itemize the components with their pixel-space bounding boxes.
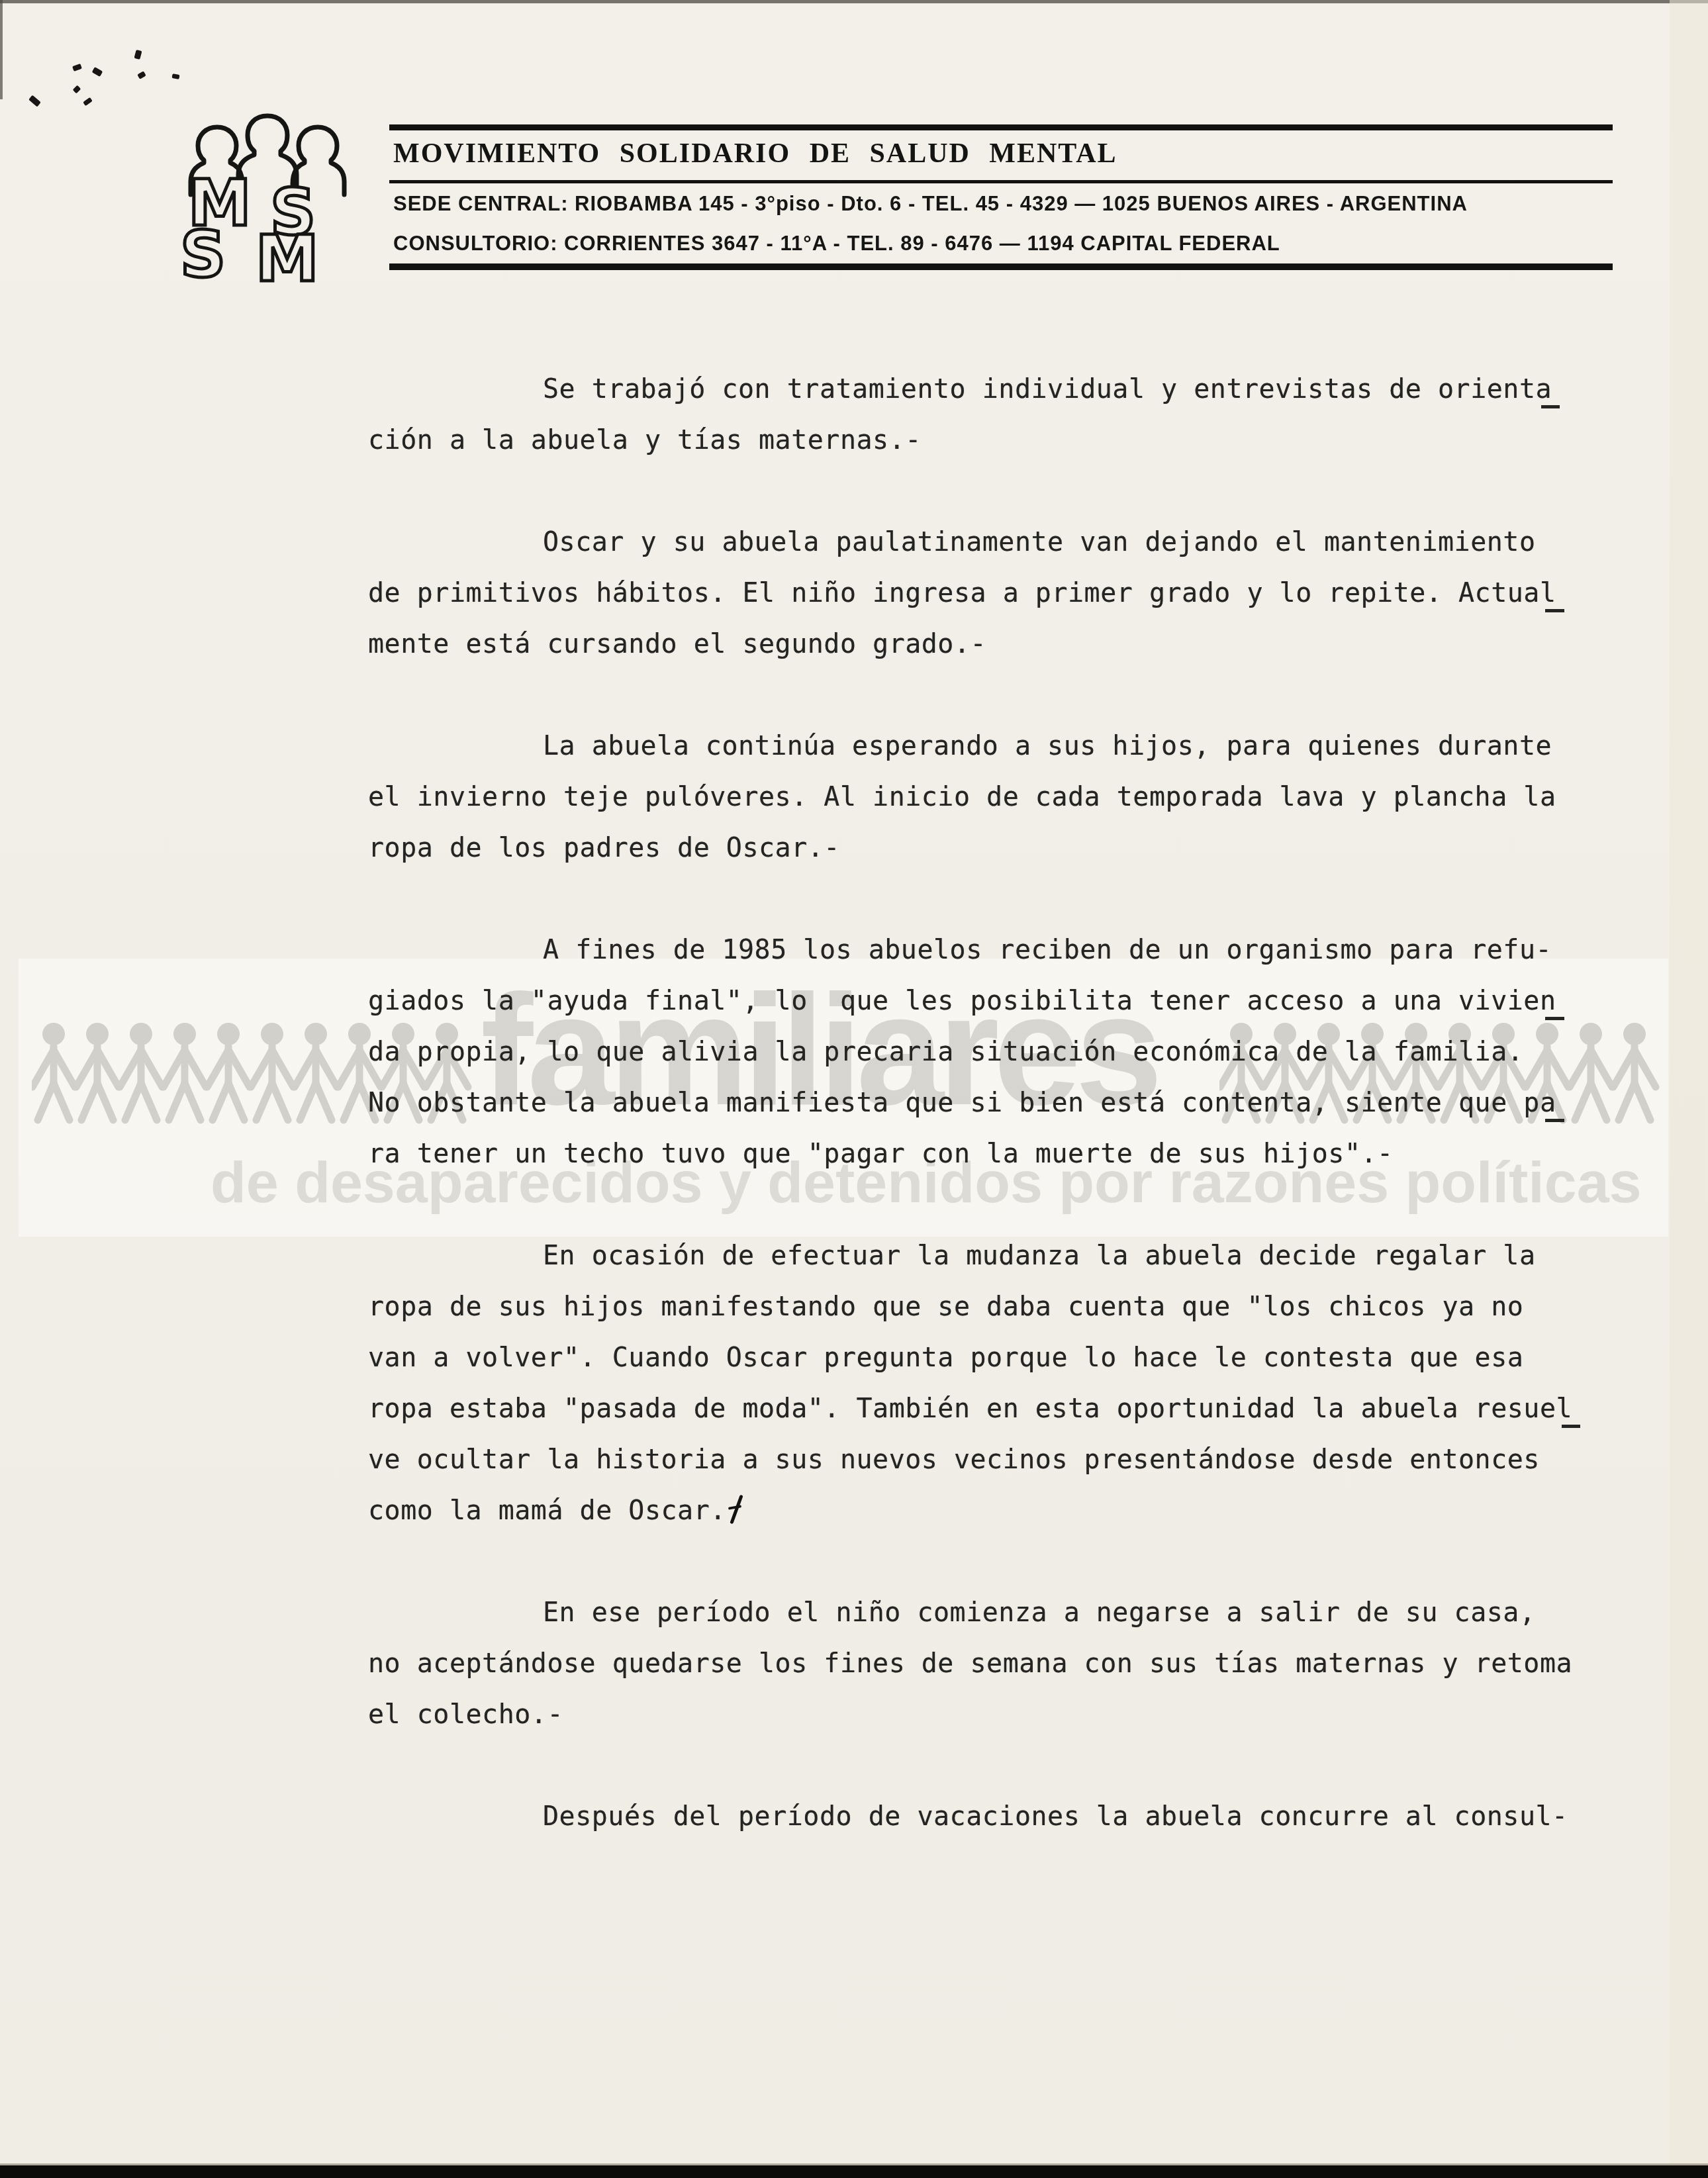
address-line-consultorio: CONSULTORIO: CORRIENTES 3647 - 11°A - TE…	[393, 232, 1611, 256]
continuation-underline: l	[1540, 578, 1556, 608]
letterhead-rule-bottom	[389, 263, 1613, 270]
logo-letter-m2: M	[256, 222, 319, 285]
handwritten-mark	[728, 1497, 745, 1523]
paragraph: La abuela continúa esperando a sus hijos…	[368, 721, 1633, 874]
continuation-underline: n	[1540, 986, 1556, 1016]
continuation-underline: a	[1536, 374, 1552, 404]
paragraph: Después del período de vacaciones la abu…	[368, 1791, 1633, 1842]
text-line: Oscar y su abuela paulatinamente van dej…	[368, 517, 1633, 568]
address-line-sede-central: SEDE CENTRAL: RIOBAMBA 145 - 3°piso - Dt…	[393, 192, 1611, 216]
text-line: como la mamá de Oscar.	[368, 1486, 1633, 1537]
continuation-underline: a	[1540, 1088, 1556, 1118]
text-line: el colecho.-	[368, 1689, 1633, 1740]
text-line: giados la "ayuda final", lo que les posi…	[368, 976, 1633, 1027]
letterhead-rule-middle	[389, 180, 1613, 183]
logo-letter-s2: S	[180, 218, 226, 285]
paragraph: A fines de 1985 los abuelos reciben de u…	[368, 925, 1633, 1180]
text-line: La abuela continúa esperando a sus hijos…	[368, 721, 1633, 772]
text-line: ción a la abuela y tías maternas.-	[368, 415, 1633, 466]
paragraph: En ocasión de efectuar la mudanza la abu…	[368, 1231, 1633, 1537]
typewritten-text: Se trabajó con tratamiento individual y …	[368, 364, 1633, 1842]
text-line: ve ocultar la historia a sus nuevos veci…	[368, 1435, 1633, 1486]
text-line: Después del período de vacaciones la abu…	[368, 1791, 1633, 1842]
text-line: no aceptándose quedarse los fines de sem…	[368, 1638, 1633, 1689]
continuation-underline: l	[1556, 1394, 1573, 1424]
text-line: Se trabajó con tratamiento individual y …	[368, 364, 1633, 415]
text-line: No obstante la abuela manifiesta que si …	[368, 1078, 1633, 1129]
scan-edge-left	[0, 0, 3, 99]
text-line: ra tener un techo tuvo que "pagar con la…	[368, 1129, 1633, 1180]
paragraph: En ese período el niño comienza a negars…	[368, 1587, 1633, 1740]
text-line: van a volver". Cuando Oscar pregunta por…	[368, 1333, 1633, 1384]
scan-edge-bottom	[0, 2165, 1708, 2178]
text-line: ropa estaba "pasada de moda". También en…	[368, 1384, 1633, 1435]
text-line: En ese período el niño comienza a negars…	[368, 1587, 1633, 1638]
text-line: ropa de los padres de Oscar.-	[368, 823, 1633, 874]
text-line: A fines de 1985 los abuelos reciben de u…	[368, 925, 1633, 976]
text-line: de primitivos hábitos. El niño ingresa a…	[368, 568, 1633, 619]
text-line: mente está cursando el segundo grado.-	[368, 619, 1633, 670]
organization-name: MOVIMIENTO SOLIDARIO DE SALUD MENTAL	[393, 138, 1611, 169]
paragraph: Oscar y su abuela paulatinamente van dej…	[368, 517, 1633, 670]
paper-edge-strip	[1670, 0, 1708, 2178]
scan-edge-top	[0, 0, 1708, 3]
msm-logo: M S S M	[164, 107, 371, 285]
letterhead-rule-top	[389, 124, 1613, 130]
text-line: el invierno teje pulóveres. Al inicio de…	[368, 772, 1633, 823]
paragraph: Se trabajó con tratamiento individual y …	[368, 364, 1633, 466]
text-line: da propia, lo que alivia la precaria sit…	[368, 1027, 1633, 1078]
text-line: En ocasión de efectuar la mudanza la abu…	[368, 1231, 1633, 1282]
scanned-document-page: M S S M MOVIMIENTO SOLIDARIO DE SALUD ME…	[0, 0, 1708, 2178]
text-line: ropa de sus hijos manifestando que se da…	[368, 1282, 1633, 1333]
